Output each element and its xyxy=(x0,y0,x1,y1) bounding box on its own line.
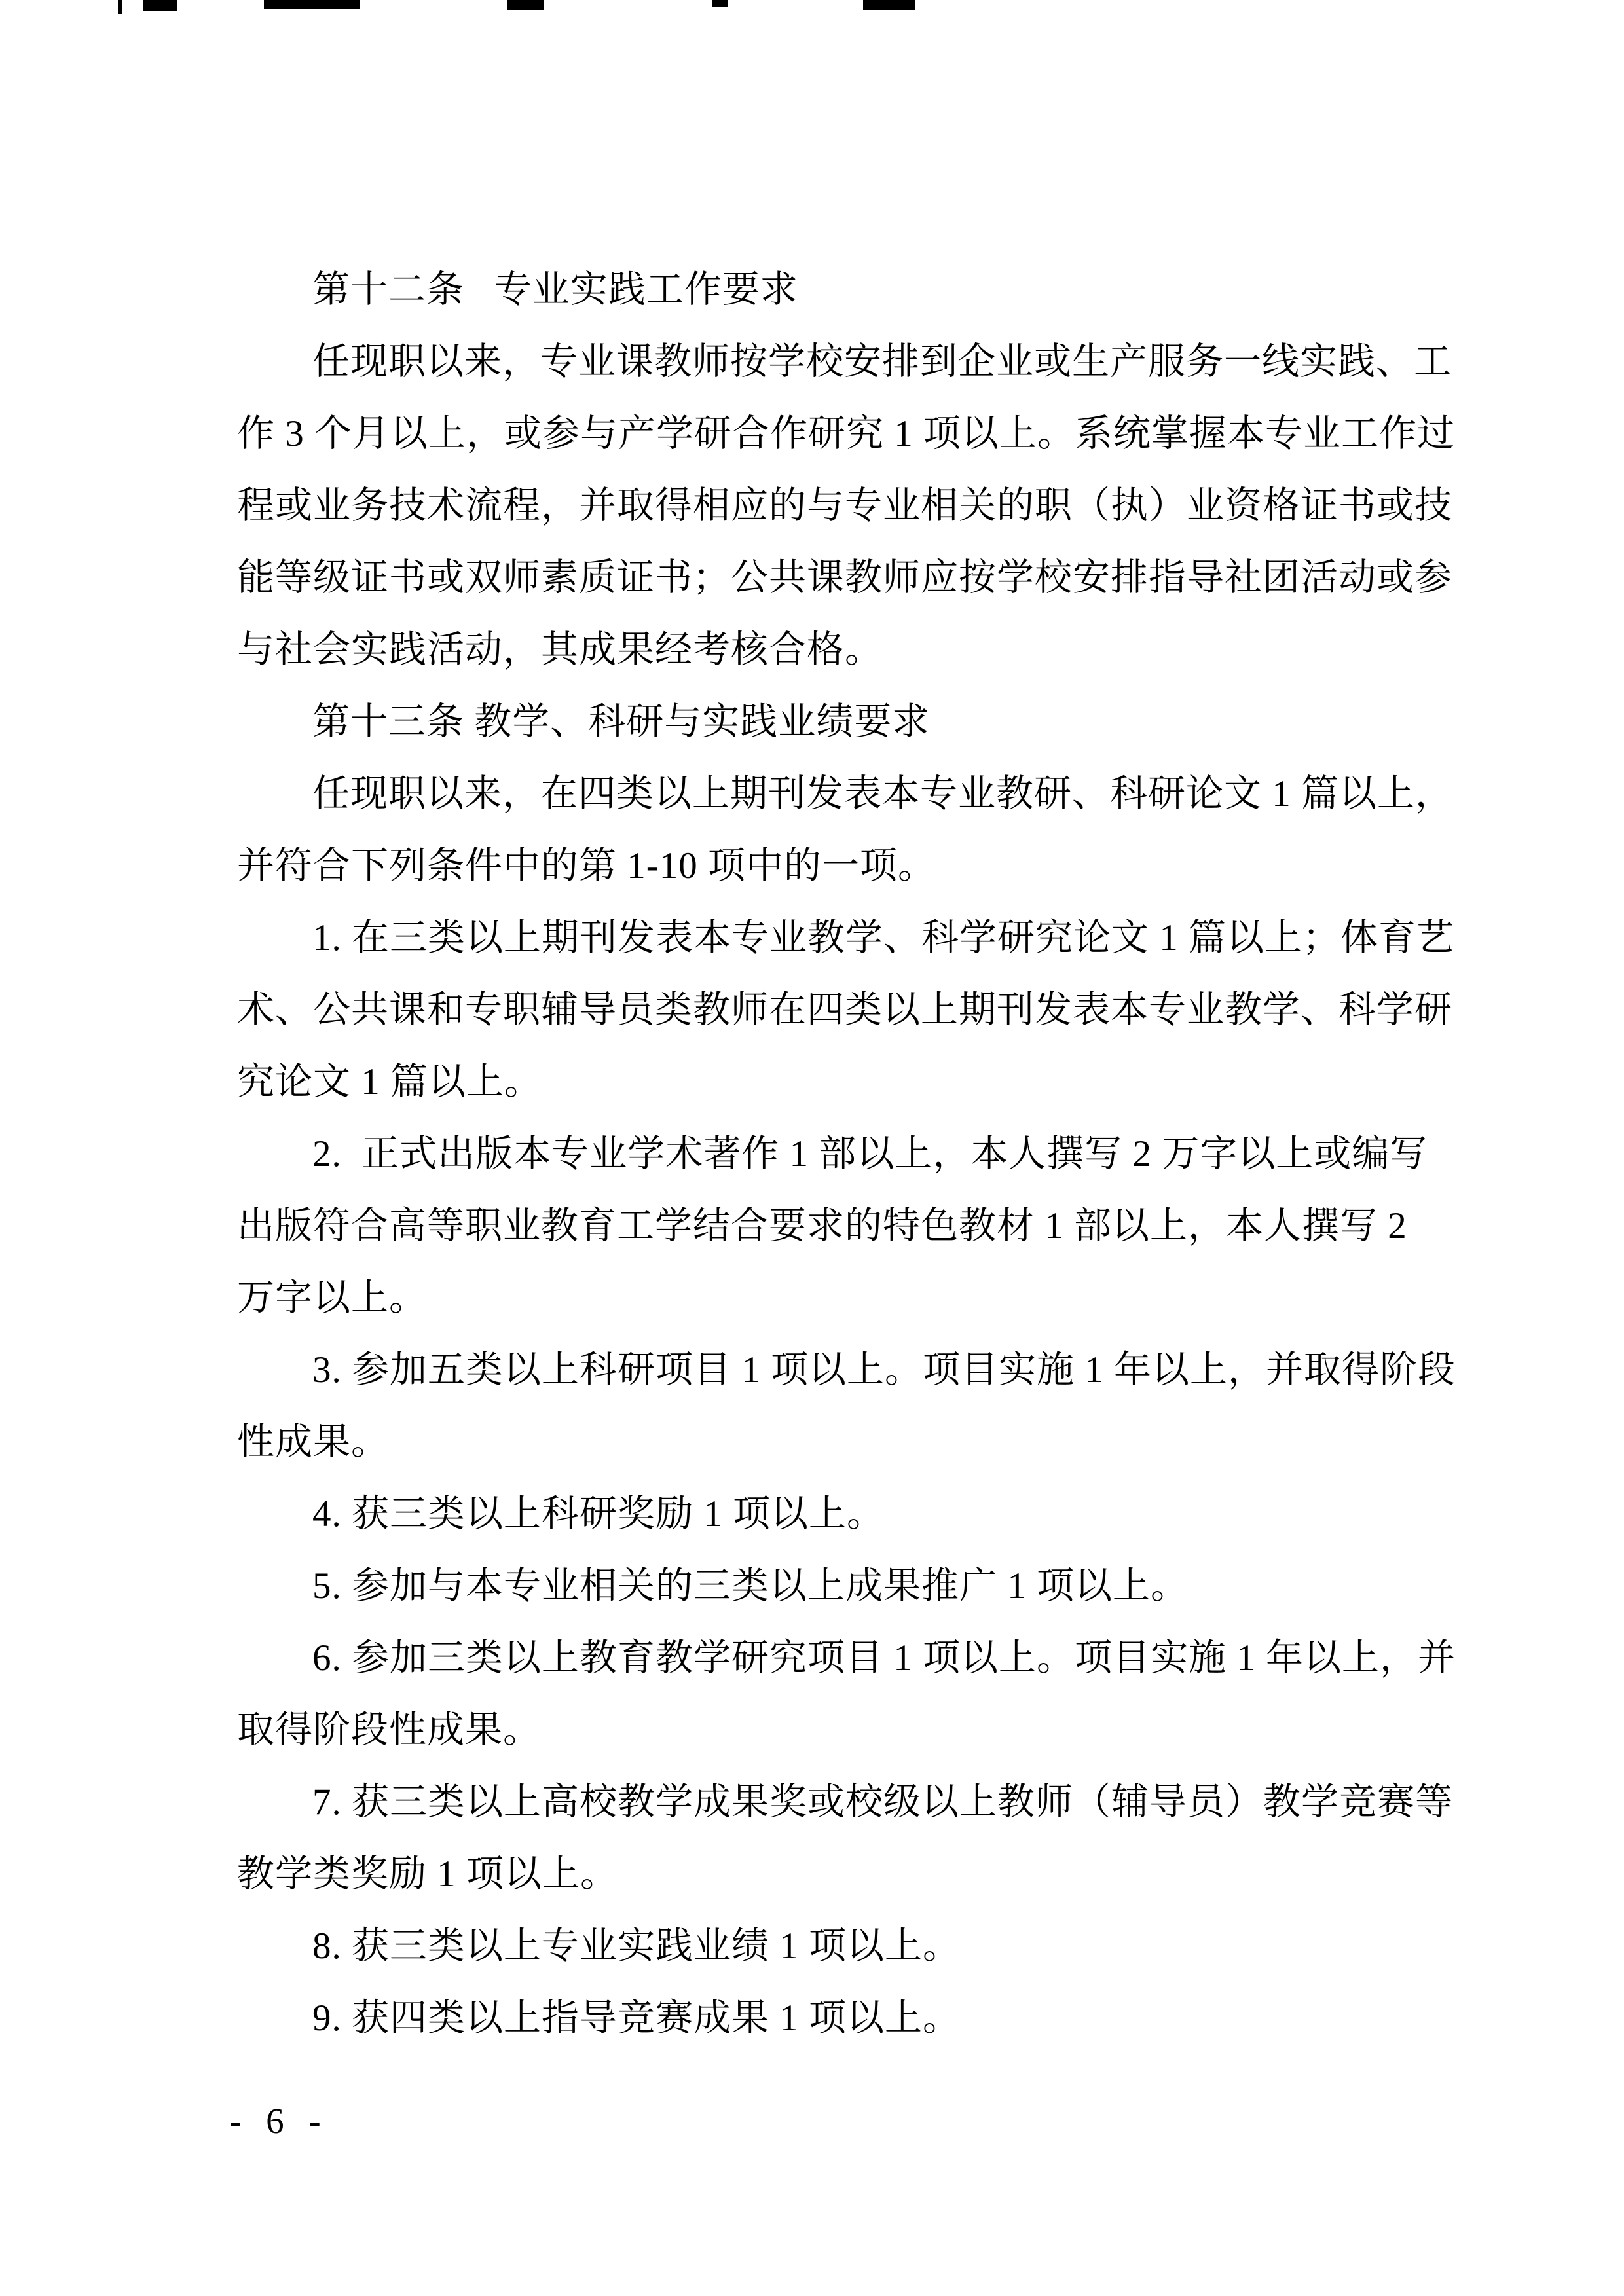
scan-artifact xyxy=(118,0,122,14)
scan-artifact xyxy=(507,0,544,10)
text-line: 任现职以来，专业课教师按学校安排到企业或生产服务一线实践、工 xyxy=(237,326,1481,398)
text-line: 程或业务技术流程，并取得相应的与专业相关的职（执）业资格证书或技 xyxy=(237,470,1481,542)
list-item-1: 1. 在三类以上期刊发表本专业教学、科学研究论文 1 篇以上；体育艺 xyxy=(237,902,1481,974)
list-item-3: 3. 参加五类以上科研项目 1 项以上。项目实施 1 年以上，并取得阶段 xyxy=(237,1334,1481,1406)
scan-artifact xyxy=(712,0,728,7)
text-line: 术、公共课和专职辅导员类教师在四类以上期刊发表本专业教学、科学研 xyxy=(237,974,1481,1046)
article-12-heading: 第十二条 专业实践工作要求 xyxy=(237,254,1481,326)
page-number: - 6 - xyxy=(229,2098,329,2144)
scan-artifact xyxy=(143,0,177,11)
text-line: 与社会实践活动，其成果经考核合格。 xyxy=(237,614,1481,686)
text-line: 性成果。 xyxy=(237,1406,1481,1478)
text-line: 作 3 个月以上，或参与产学研合作研究 1 项以上。系统掌握本专业工作过 xyxy=(237,398,1481,470)
list-item-5: 5. 参加与本专业相关的三类以上成果推广 1 项以上。 xyxy=(237,1550,1481,1622)
scan-artifact xyxy=(264,7,360,9)
scan-artifact xyxy=(264,0,360,7)
text-line: 取得阶段性成果。 xyxy=(237,1694,1481,1766)
scanned-document-page: 第十二条 专业实践工作要求 任现职以来，专业课教师按学校安排到企业或生产服务一线… xyxy=(0,0,1624,2296)
list-item-9: 9. 获四类以上指导竞赛成果 1 项以上。 xyxy=(237,1982,1481,2054)
text-line: 教学类奖励 1 项以上。 xyxy=(237,1838,1481,1910)
text-line: 出版符合高等职业教育工学结合要求的特色教材 1 部以上，本人撰写 2 xyxy=(237,1190,1481,1262)
text-line: 并符合下列条件中的第 1-10 项中的一项。 xyxy=(237,830,1481,902)
list-item-2: 2. 正式出版本专业学术著作 1 部以上，本人撰写 2 万字以上或编写 xyxy=(237,1118,1481,1190)
scan-artifact xyxy=(863,0,915,10)
list-item-8: 8. 获三类以上专业实践业绩 1 项以上。 xyxy=(237,1910,1481,1982)
article-13-heading: 第十三条 教学、科研与实践业绩要求 xyxy=(237,686,1481,758)
text-line: 究论文 1 篇以上。 xyxy=(237,1046,1481,1118)
text-line: 任现职以来，在四类以上期刊发表本专业教研、科研论文 1 篇以上， xyxy=(237,758,1481,830)
document-body: 第十二条 专业实践工作要求 任现职以来，专业课教师按学校安排到企业或生产服务一线… xyxy=(237,254,1481,2054)
list-item-7: 7. 获三类以上高校教学成果奖或校级以上教师（辅导员）教学竞赛等 xyxy=(237,1766,1481,1838)
list-item-4: 4. 获三类以上科研奖励 1 项以上。 xyxy=(237,1478,1481,1550)
list-item-6: 6. 参加三类以上教育教学研究项目 1 项以上。项目实施 1 年以上，并 xyxy=(237,1622,1481,1694)
text-line: 能等级证书或双师素质证书；公共课教师应按学校安排指导社团活动或参 xyxy=(237,542,1481,614)
text-line: 万字以上。 xyxy=(237,1262,1481,1334)
